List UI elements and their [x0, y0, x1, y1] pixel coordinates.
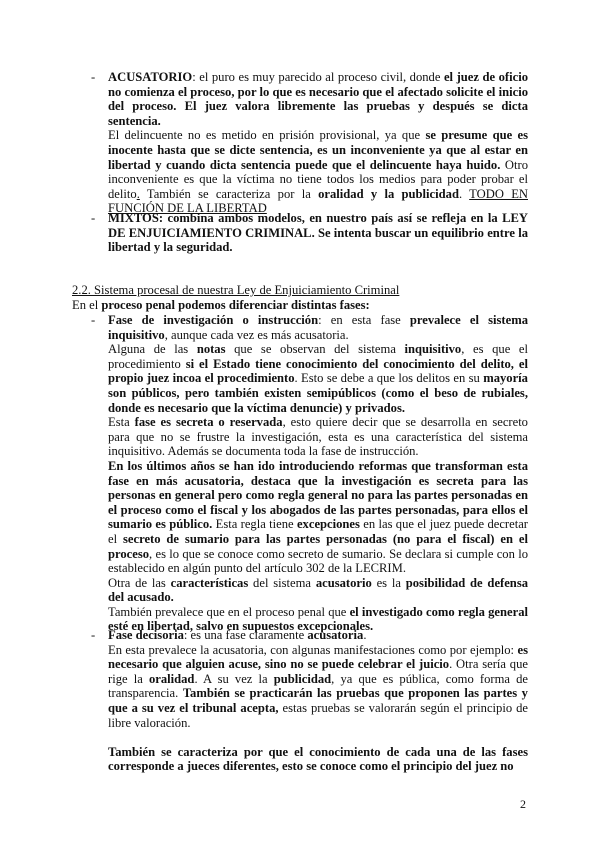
text-run: . — [363, 628, 366, 642]
text-run: , es lo que se conoce como secreto de su… — [108, 547, 528, 576]
text-run: , aunque cada vez es más acusatoria. — [165, 328, 349, 342]
text-run: es la — [372, 576, 406, 590]
paragraph: Alguna de las notas que se observan del … — [108, 342, 528, 415]
bullet-dash: - — [91, 211, 95, 226]
text-run: . — [459, 187, 469, 201]
bold-text: Fase de investigación o instrucción — [108, 313, 318, 327]
text-run: : es una fase claramente — [184, 628, 307, 642]
document-page: - ACUSATORIO: el puro es muy parecido al… — [0, 0, 600, 848]
bold-text: ACUSATORIO — [108, 70, 192, 84]
text-run: También se caracteriza por la — [140, 187, 318, 201]
text-run: También prevalece que en el proceso pena… — [108, 605, 350, 619]
bold-text: oralidad y la publicidad — [318, 187, 459, 201]
paragraph: Fase decisoria: es una fase claramente a… — [108, 628, 528, 643]
list-item-acusatorio: - ACUSATORIO: el puro es muy parecido al… — [108, 70, 528, 216]
bold-text: acusatoria — [307, 628, 363, 642]
paragraph: En los últimos años se han ido introduci… — [108, 459, 528, 576]
section-intro: En el proceso penal podemos diferenciar … — [72, 298, 528, 313]
bullet-dash: - — [91, 628, 95, 643]
text-run: Alguna de las — [108, 342, 197, 356]
text-run: Esta — [108, 415, 135, 429]
bold-text: oralidad — [149, 672, 195, 686]
bold-text: proceso penal podemos diferenciar distin… — [101, 298, 369, 312]
text-run: : en esta fase — [318, 313, 410, 327]
section-2-2: 2.2. Sistema procesal de nuestra Ley de … — [72, 283, 528, 312]
section-heading: 2.2. Sistema procesal de nuestra Ley de … — [72, 283, 528, 298]
text-run: del sistema — [248, 576, 316, 590]
text-run: El delincuente no es metido en prisión p… — [108, 128, 425, 142]
paragraph: Esta fase es secreta o reservada, esto q… — [108, 415, 528, 459]
text-run: Esta regla tiene — [212, 517, 297, 531]
bold-text: publicidad — [274, 672, 331, 686]
bold-text: MIXTOS: combina ambos modelos, en nuestr… — [108, 211, 528, 254]
bullet-dash: - — [91, 313, 95, 328]
text-run: En el — [72, 298, 101, 312]
paragraph: Otra de las características del sistema … — [108, 576, 528, 605]
bold-text: Fase decisoria — [108, 628, 184, 642]
bullet-dash: - — [91, 70, 95, 85]
bold-text: excepciones — [297, 517, 360, 531]
paragraph: En esta prevalece la acusatoria, con alg… — [108, 643, 528, 731]
paragraph: El delincuente no es metido en prisión p… — [108, 128, 528, 216]
bold-text: notas — [197, 342, 226, 356]
page-number: 2 — [520, 797, 526, 812]
bold-text: características — [171, 576, 249, 590]
text-run: En esta prevalece la acusatoria, con alg… — [108, 643, 518, 657]
paragraph: También se caracteriza por que el conoci… — [108, 745, 528, 774]
bold-text: fase es secreta o reservada — [135, 415, 283, 429]
bold-text: También se caracteriza por que el conoci… — [108, 745, 528, 774]
paragraph: MIXTOS: combina ambos modelos, en nuestr… — [108, 211, 528, 255]
text-run: Otra de las — [108, 576, 171, 590]
bold-text: acusatorio — [316, 576, 372, 590]
text-run: que se observan del sistema — [226, 342, 405, 356]
bold-text: inquisitivo — [405, 342, 462, 356]
paragraph: ACUSATORIO: el puro es muy parecido al p… — [108, 70, 528, 128]
text-run: . Esto se debe a que los delitos en su — [295, 371, 484, 385]
paragraph: Fase de investigación o instrucción: en … — [108, 313, 528, 342]
text-run: . A su vez la — [194, 672, 273, 686]
list-item-fase-decisoria: - Fase decisoria: es una fase claramente… — [108, 628, 528, 774]
text-run: : el puro es muy parecido al proceso civ… — [192, 70, 444, 84]
list-item-mixtos: - MIXTOS: combina ambos modelos, en nues… — [108, 211, 528, 255]
list-item-fase-instruccion: - Fase de investigación o instrucción: e… — [108, 313, 528, 634]
